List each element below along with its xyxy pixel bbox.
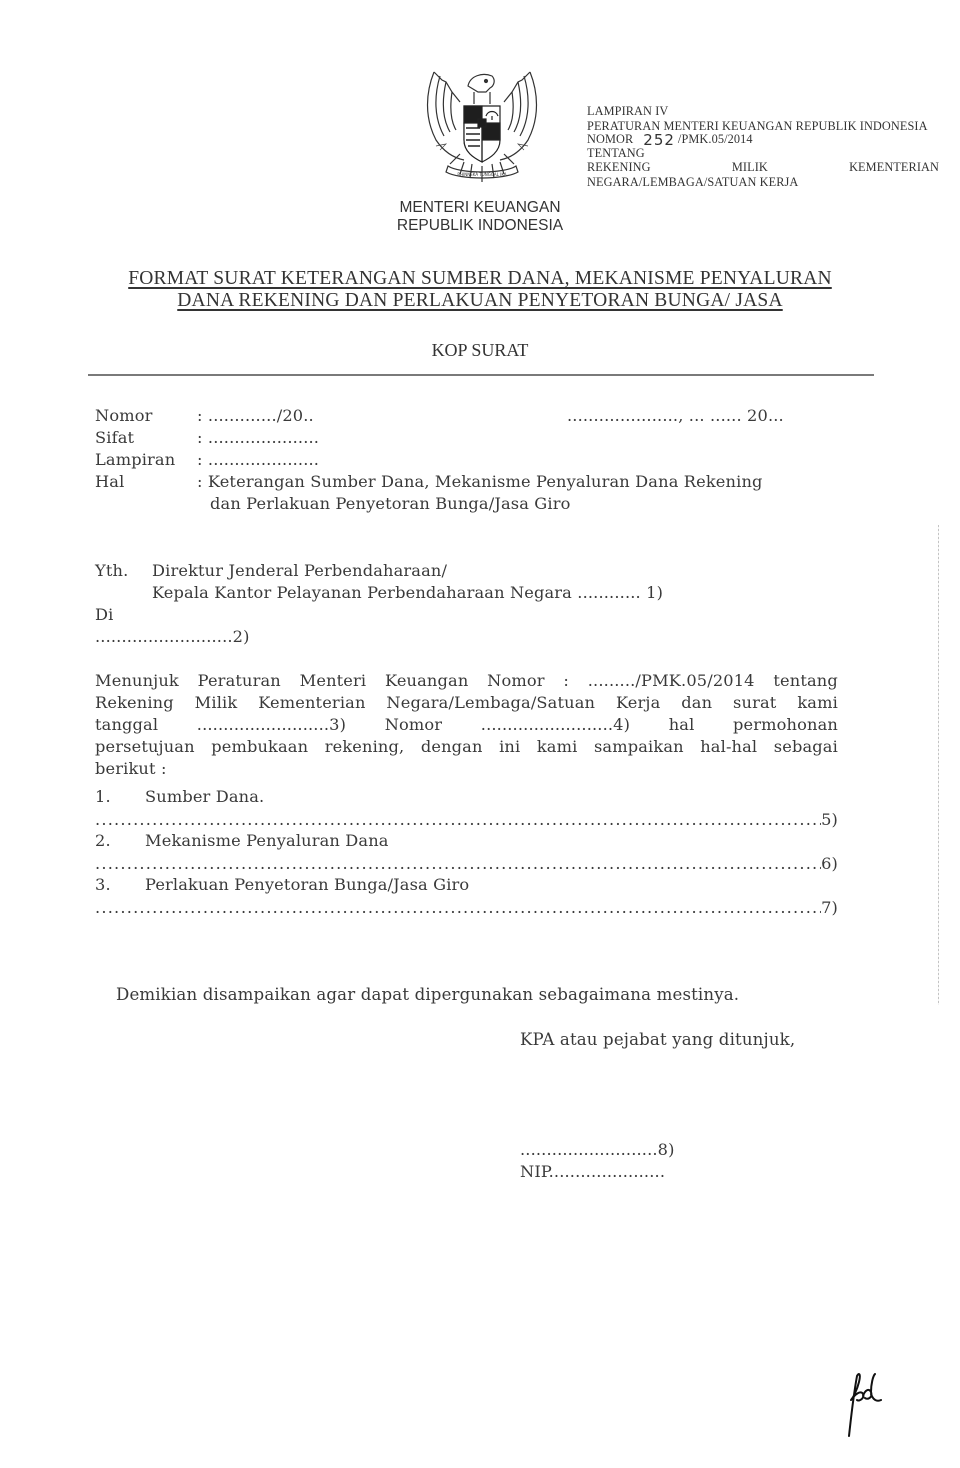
signatory-nip: NIP...................... bbox=[520, 1162, 665, 1181]
item-fill-line: ........................................… bbox=[95, 810, 838, 829]
paragraph-line: MenunjukPeraturanMenteriKeuanganNomor:..… bbox=[95, 670, 838, 692]
lampiran-label: LAMPIRAN IV bbox=[587, 104, 668, 119]
document-title-line1: FORMAT SURAT KETERANGAN SUMBER DANA, MEK… bbox=[0, 268, 960, 290]
subject-word: KEMENTERIAN bbox=[849, 160, 939, 175]
item-ref: 5) bbox=[821, 810, 838, 829]
lampiran-nomor-value: 252 bbox=[643, 131, 675, 149]
nomor-label: Nomor bbox=[95, 406, 153, 425]
garuda-emblem-icon: BHINNEKA TUNGGAL IKA bbox=[420, 62, 544, 194]
kop-surat-label: KOP SURAT bbox=[0, 340, 960, 361]
signatory-title: KPA atau pejabat yang ditunjuk, bbox=[520, 1030, 795, 1049]
lampiran-nomor-label: NOMOR bbox=[587, 132, 633, 146]
paragraph-line: berikut : bbox=[95, 758, 838, 780]
di-label: Di bbox=[95, 605, 113, 624]
paragraph-line: tanggal.........................3)Nomor.… bbox=[95, 714, 838, 736]
lampiran-nomor-suffix: /PMK.05/2014 bbox=[678, 132, 753, 146]
item-fill-line: ........................................… bbox=[95, 854, 838, 873]
item-label-sumber-dana: Sumber Dana. bbox=[145, 787, 264, 806]
paragraph-line: RekeningMilikKementerianNegara/Lembaga/S… bbox=[95, 692, 838, 714]
lampiran-nomor: NOMOR252/PMK.05/2014 bbox=[587, 131, 753, 147]
paragraph-line: persetujuanpembukaanrekening,denganinika… bbox=[95, 736, 838, 758]
item-number: 3. bbox=[95, 875, 111, 894]
lampiran-field-value: : ..................... bbox=[197, 450, 319, 469]
item-label-mekanisme: Mekanisme Penyaluran Dana bbox=[145, 831, 389, 850]
lampiran-subject-line2: NEGARA/LEMBAGA/SATUAN KERJA bbox=[587, 175, 798, 190]
hal-value-line2: dan Perlakuan Penyetoran Bunga/Jasa Giro bbox=[210, 494, 571, 513]
lampiran-subject-line1: REKENING MILIK KEMENTERIAN bbox=[587, 160, 939, 175]
signatory-name-placeholder: ..........................8) bbox=[520, 1140, 675, 1159]
item-ref: 7) bbox=[821, 898, 838, 917]
body-paragraph: MenunjukPeraturanMenteriKeuanganNomor:..… bbox=[95, 670, 838, 780]
item-ref: 6) bbox=[821, 854, 838, 873]
subject-word: REKENING bbox=[587, 160, 651, 175]
lampiran-tentang: TENTANG bbox=[587, 146, 645, 161]
document-title-line2: DANA REKENING DAN PERLAKUAN PENYETORAN B… bbox=[0, 290, 960, 312]
sifat-label: Sifat bbox=[95, 428, 134, 447]
item-number: 2. bbox=[95, 831, 111, 850]
item-label-perlakuan: Perlakuan Penyetoran Bunga/Jasa Giro bbox=[145, 875, 469, 894]
lampiran-field-label: Lampiran bbox=[95, 450, 175, 469]
sifat-value: : ..................... bbox=[197, 428, 319, 447]
addressee-line2: Kepala Kantor Pelayanan Perbendaharaan N… bbox=[152, 583, 663, 602]
yth-label: Yth. bbox=[95, 561, 128, 580]
addressee-place: ..........................2) bbox=[95, 627, 250, 646]
date-placeholder: ....................., ... ...... 20... bbox=[567, 406, 784, 425]
hal-label: Hal bbox=[95, 472, 124, 491]
addressee-line1: Direktur Jenderal Perbendaharaan/ bbox=[152, 561, 447, 580]
letterhead-divider bbox=[88, 374, 874, 376]
closing-sentence: Demikian disampaikan agar dapat dipergun… bbox=[116, 985, 739, 1004]
scan-margin-line bbox=[938, 525, 939, 1005]
nomor-value: : ............./20.. bbox=[197, 406, 314, 425]
svg-text:BHINNEKA TUNGGAL IKA: BHINNEKA TUNGGAL IKA bbox=[457, 172, 507, 177]
ministry-name-line2: REPUBLIK INDONESIA bbox=[395, 217, 565, 235]
item-number: 1. bbox=[95, 787, 111, 806]
item-fill-line: ........................................… bbox=[95, 898, 838, 917]
hal-value-line1: : Keterangan Sumber Dana, Mekanisme Peny… bbox=[197, 472, 763, 491]
subject-word: MILIK bbox=[732, 160, 768, 175]
ministry-name-line1: MENTERI KEUANGAN bbox=[395, 199, 565, 217]
handwritten-initial-icon bbox=[843, 1368, 893, 1438]
